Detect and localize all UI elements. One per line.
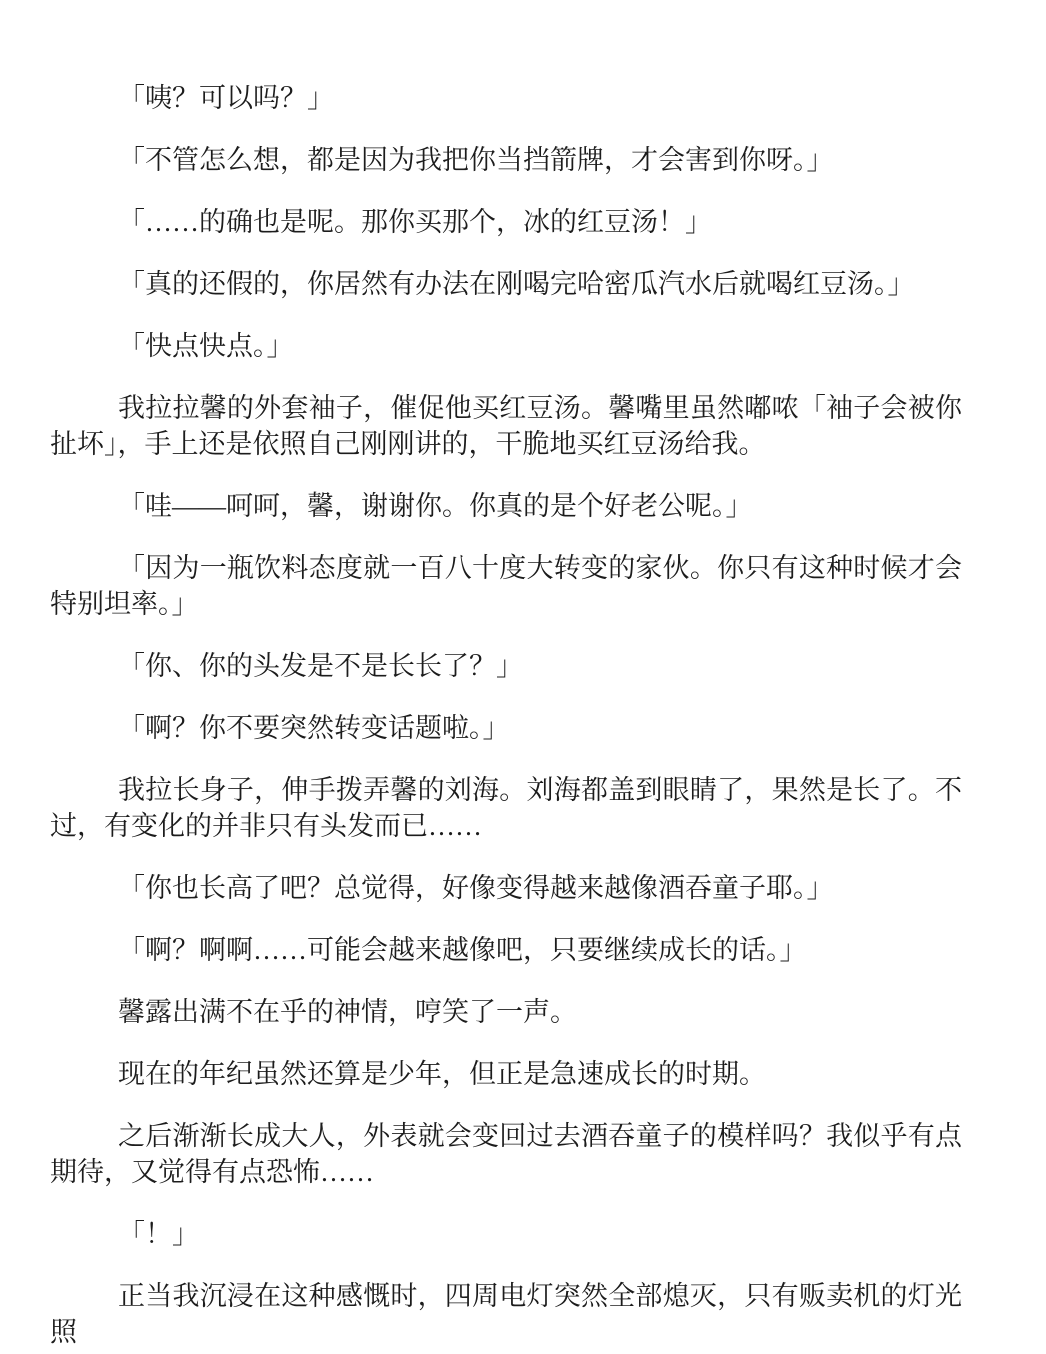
paragraph: 我拉拉馨的外套袖子，催促他买红豆汤。馨嘴里虽然嘟哝「袖子会被你扯坏」，手上还是依… <box>50 390 962 462</box>
paragraph: 「啊？啊啊……可能会越来越像吧，只要继续成长的话。」 <box>50 932 962 968</box>
paragraph: 「……的确也是呢。那你买那个，冰的红豆汤！」 <box>50 204 962 240</box>
paragraph: 「快点快点。」 <box>50 328 962 364</box>
paragraph: 「因为一瓶饮料态度就一百八十度大转变的家伙。你只有这种时候才会特别坦率。」 <box>50 550 962 622</box>
paragraph: 我拉长身子，伸手拨弄馨的刘海。刘海都盖到眼睛了，果然是长了。不过，有变化的并非只… <box>50 772 962 844</box>
paragraph: 「真的还假的，你居然有办法在刚喝完哈密瓜汽水后就喝红豆汤。」 <box>50 266 962 302</box>
paragraph: 之后渐渐长成大人，外表就会变回过去酒吞童子的模样吗？我似乎有点期待，又觉得有点恐… <box>50 1118 962 1190</box>
paragraph: 现在的年纪虽然还算是少年，但正是急速成长的时期。 <box>50 1056 962 1092</box>
paragraph: 「不管怎么想，都是因为我把你当挡箭牌，才会害到你呀。」 <box>50 142 962 178</box>
paragraph: 「哇——呵呵，馨，谢谢你。你真的是个好老公呢。」 <box>50 488 962 524</box>
paragraph: 馨露出满不在乎的神情，哼笑了一声。 <box>50 994 962 1030</box>
paragraph: 正当我沉浸在这种感慨时，四周电灯突然全部熄灭，只有贩卖机的灯光照 <box>50 1278 962 1350</box>
paragraph: 「！」 <box>50 1216 962 1252</box>
document-page: 「咦？可以吗？」 「不管怎么想，都是因为我把你当挡箭牌，才会害到你呀。」 「……… <box>0 0 1046 1354</box>
paragraph: 「你、你的头发是不是长长了？」 <box>50 648 962 684</box>
paragraph: 「你也长高了吧？总觉得，好像变得越来越像酒吞童子耶。」 <box>50 870 962 906</box>
paragraph: 「啊？你不要突然转变话题啦。」 <box>50 710 962 746</box>
paragraph: 「咦？可以吗？」 <box>50 80 962 116</box>
document-body: { "page": { "background_color": "#ffffff… <box>0 0 1046 1354</box>
